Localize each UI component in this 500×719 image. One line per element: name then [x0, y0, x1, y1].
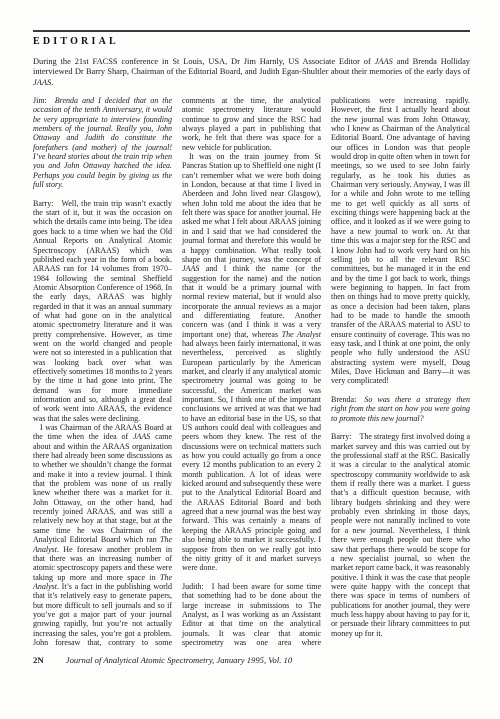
text-run: JAAS — [182, 264, 199, 273]
text-run: During the 21st FACSS conference in St L… — [33, 57, 375, 66]
speaker-label: Jim: — [33, 96, 47, 105]
editorial-page: EDITORIAL During the 21st FACSS conferen… — [0, 0, 500, 719]
text-run: came about and within the ARAAS organiza… — [33, 432, 172, 544]
text-run: The strategy first involved doing a mark… — [331, 432, 470, 637]
paragraph: Jim:Brenda and I decided that on the occ… — [33, 96, 172, 189]
text-run: It was on the train journey from St Panc… — [182, 152, 321, 264]
text-run: Well, the train trip wasn’t exactly the … — [33, 199, 172, 423]
speaker-label: Brenda: — [331, 395, 356, 404]
journal-citation: Journal of Analytical Atomic Spectrometr… — [66, 655, 292, 665]
text-run: The Analyst — [282, 330, 321, 339]
text-run: had always been fairly international, it… — [182, 339, 321, 572]
text-run: and I think the name (or the suggestion … — [182, 264, 321, 338]
text-run: . — [51, 78, 53, 87]
text-run: Brenda and I decided that on the occasio… — [33, 96, 172, 189]
speaker-label: Barry: — [33, 199, 53, 208]
page-footer: 2NJournal of Analytical Atomic Spectrome… — [33, 655, 470, 665]
header-rule — [33, 30, 470, 32]
intro-paragraph: During the 21st FACSS conference in St L… — [33, 57, 470, 88]
paragraph: Barry:Well, the train trip wasn’t exactl… — [33, 199, 172, 423]
article-body: Jim:Brenda and I decided that on the occ… — [33, 96, 470, 652]
text-run: JAAS — [33, 78, 51, 87]
text-run: JAAS — [133, 432, 150, 441]
speaker-label: Barry: — [331, 432, 351, 441]
page-number: 2N — [33, 655, 44, 665]
speaker-label: Judith: — [182, 582, 204, 591]
paragraph: It was on the train journey from St Panc… — [182, 152, 321, 572]
section-title: EDITORIAL — [33, 36, 119, 47]
paragraph: Brenda:So was there a strategy then righ… — [331, 395, 470, 423]
text-run: JAAS — [375, 57, 393, 66]
paragraph: Barry:The strategy first involved doing … — [331, 432, 470, 638]
